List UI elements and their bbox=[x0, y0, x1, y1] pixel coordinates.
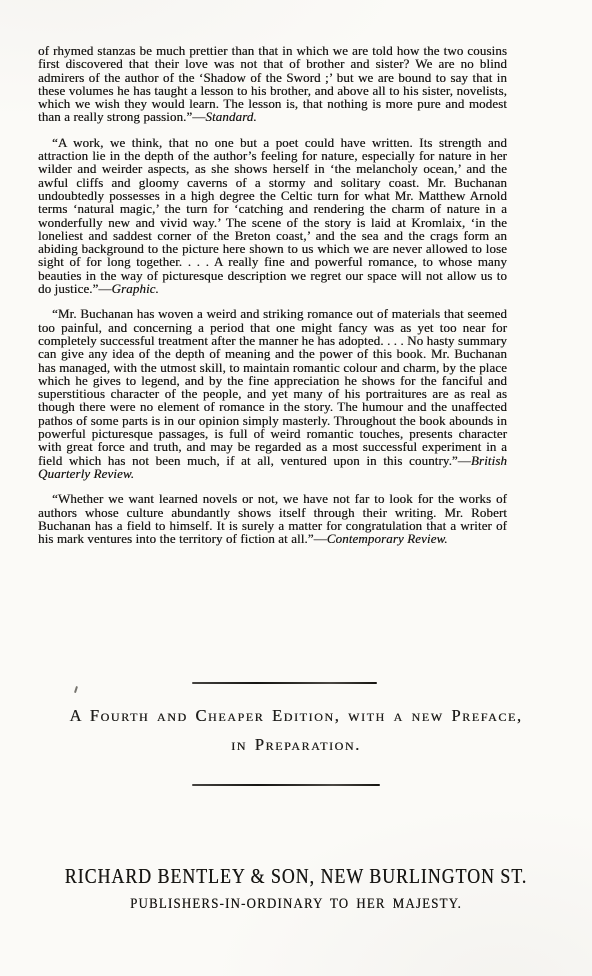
book-page: of rhymed stanzas be much prettier than … bbox=[0, 0, 592, 976]
review-text: of rhymed stanzas be much prettier than … bbox=[38, 43, 507, 124]
review-paragraph-standard: of rhymed stanzas be much prettier than … bbox=[38, 44, 507, 124]
edition-notice-line1: A Fourth and Cheaper Edition, with a new… bbox=[0, 706, 592, 726]
review-paragraph-british-quarterly: “Mr. Buchanan has woven a weird and stri… bbox=[38, 307, 507, 480]
separator-rule-bottom bbox=[192, 784, 380, 786]
press-reviews-section: of rhymed stanzas be much prettier than … bbox=[38, 44, 507, 557]
separator-rule-top bbox=[192, 682, 377, 684]
publisher-imprint: RICHARD BENTLEY & SON, NEW BURLINGTON ST… bbox=[0, 864, 592, 913]
review-paragraph-contemporary: “Whether we want learned novels or not, … bbox=[38, 492, 507, 545]
edition-notice: A Fourth and Cheaper Edition, with a new… bbox=[0, 706, 592, 755]
publisher-subtitle: PUBLISHERS-IN-ORDINARY TO HER MAJESTY. bbox=[41, 896, 550, 913]
scan-ink-speck bbox=[74, 686, 78, 693]
edition-notice-line2: in Preparation. bbox=[0, 735, 592, 755]
review-paragraph-graphic: “A work, we think, that no one but a poe… bbox=[38, 136, 507, 296]
review-source: Graphic. bbox=[112, 281, 159, 296]
review-source: Standard. bbox=[205, 109, 256, 124]
review-text: “A work, we think, that no one but a poe… bbox=[38, 135, 507, 296]
review-text: “Mr. Buchanan has woven a weird and stri… bbox=[38, 306, 507, 467]
publisher-name: RICHARD BENTLEY & SON, NEW BURLINGTON ST… bbox=[50, 864, 541, 889]
review-source: Contemporary Review. bbox=[327, 531, 448, 546]
